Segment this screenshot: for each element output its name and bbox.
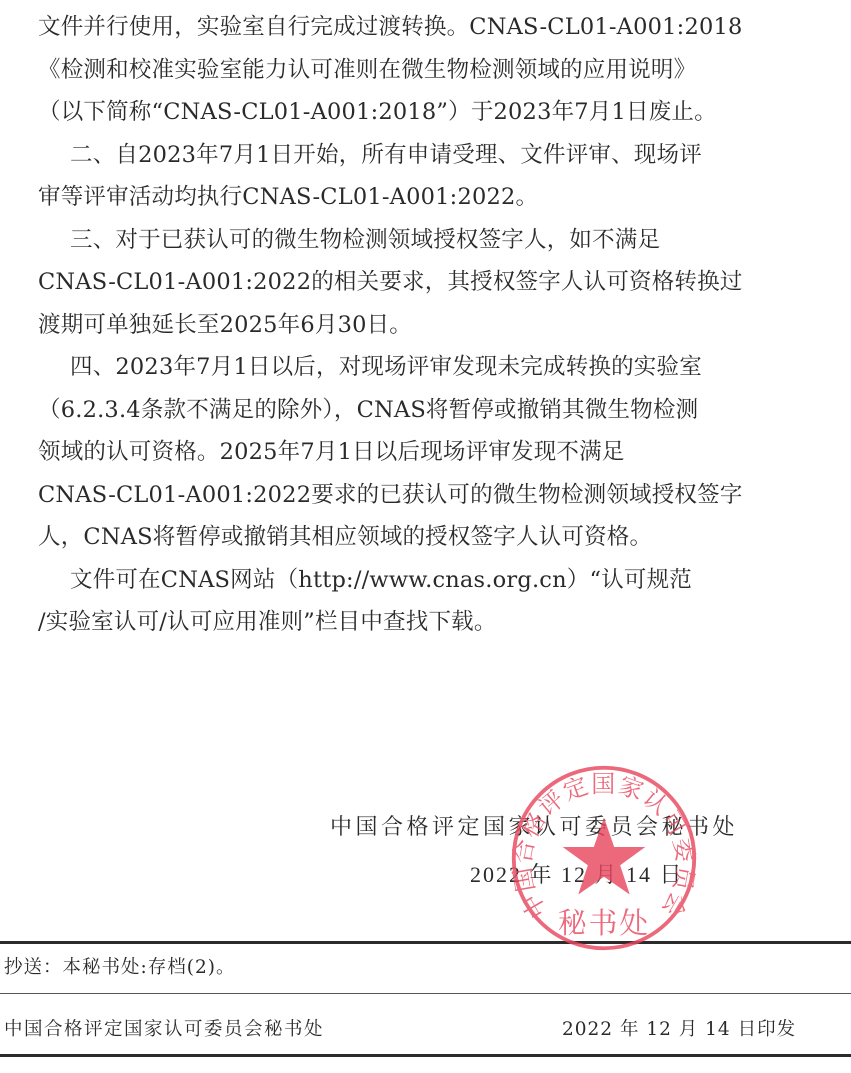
paragraph-line: （6.2.3.4条款不满足的除外），CNAS将暂停或撤销其微生物检测: [38, 389, 814, 432]
issuing-organization: 中国合格评定国家认可委员会秘书处: [4, 1015, 324, 1041]
paragraph-line: 文件并行使用，实验室自行完成过渡转换。CNAS-CL01-A001:2018: [38, 6, 814, 49]
paragraph-line: /实验室认可/认可应用准则”栏目中查找下载。: [38, 601, 814, 644]
document-page: 文件并行使用，实验室自行完成过渡转换。CNAS-CL01-A001:2018《检…: [0, 0, 851, 1073]
footer-rule-bottom: [0, 1054, 851, 1057]
paragraph-line: 文件可在CNAS网站（http://www.cnas.org.cn）“认可规范: [38, 559, 814, 602]
paragraph-line: CNAS-CL01-A001:2022要求的已获认可的微生物检测领域授权签字: [38, 474, 814, 517]
paragraph-line: CNAS-CL01-A001:2022的相关要求，其授权签字人认可资格转换过: [38, 261, 814, 304]
paragraph-line: 《检测和校准实验室能力认可准则在微生物检测领域的应用说明》: [38, 49, 814, 92]
notice-body: 文件并行使用，实验室自行完成过渡转换。CNAS-CL01-A001:2018《检…: [38, 6, 814, 644]
cc-line: 抄送：本秘书处:存档(2)。: [4, 953, 235, 979]
paragraph-line: 领域的认可资格。2025年7月1日以后现场评审发现不满足: [38, 431, 814, 474]
paragraph-line: 渡期可单独延长至2025年6月30日。: [38, 304, 814, 347]
signature-date: 2022 年 12 月 14 日: [470, 858, 684, 889]
signature-organization: 中国合格评定国家认可委员会秘书处: [330, 810, 738, 841]
stamp-center-text: 秘书处: [558, 906, 650, 940]
stamp-ring-text: 中国合格评定国家认可委员会: [508, 770, 699, 924]
paragraph-line: 三、对于已获认可的微生物检测领域授权签字人，如不满足: [38, 219, 814, 262]
svg-text:中国合格评定国家认可委员会: 中国合格评定国家认可委员会: [508, 770, 699, 924]
issue-date: 2022 年 12 月 14 日印发: [562, 1015, 796, 1041]
paragraph-line: 审等评审活动均执行CNAS-CL01-A001:2022。: [38, 176, 814, 219]
paragraph-line: 四、2023年7月1日以后，对现场评审发现未完成转换的实验室: [38, 346, 814, 389]
footer-rule-top: [0, 941, 851, 944]
paragraph-line: 二、自2023年7月1日开始，所有申请受理、文件评审、现场评: [38, 134, 814, 177]
paragraph-line: （以下简称“CNAS-CL01-A001:2018”）于2023年7月1日废止。: [38, 91, 814, 134]
footer-rule-middle: [0, 993, 851, 994]
paragraph-line: 人，CNAS将暂停或撤销其相应领域的授权签字人认可资格。: [38, 516, 814, 559]
